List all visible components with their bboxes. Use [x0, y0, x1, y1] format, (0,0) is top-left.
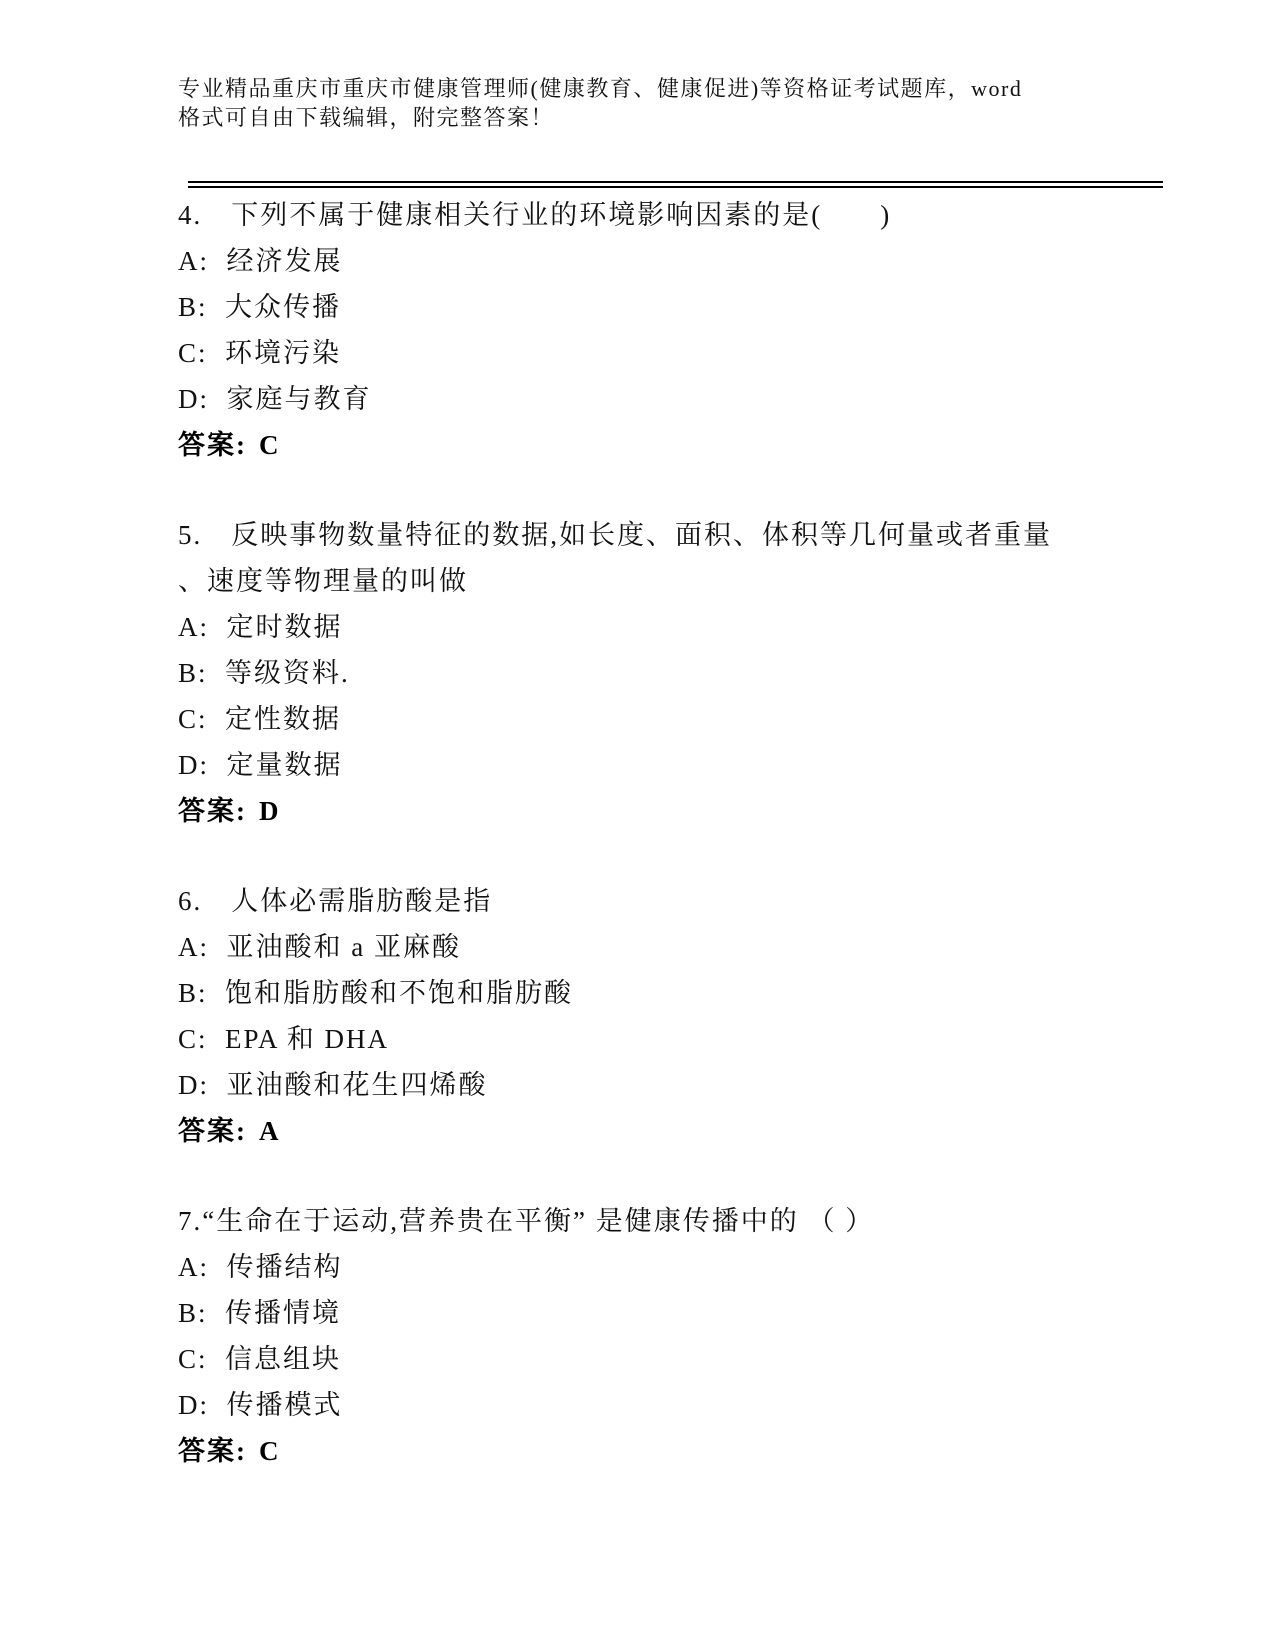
question-7-option-d: D: 传播模式 — [178, 1382, 1175, 1428]
question-4-text: 4. 下列不属于健康相关行业的环境影响因素的是( ) — [178, 192, 1175, 238]
question-6-option-c: C: EPA 和 DHA — [178, 1016, 1175, 1062]
question-4-option-b: B: 大众传播 — [178, 284, 1175, 330]
question-5-option-b: B: 等级资料. — [178, 650, 1175, 696]
question-5-option-a: A: 定时数据 — [178, 604, 1175, 650]
question-6-option-b: B: 饱和脂肪酸和不饱和脂肪酸 — [178, 970, 1175, 1016]
header-note: 专业精品重庆市重庆市健康管理师(健康教育、健康促进)等资格证考试题库，word … — [178, 74, 1175, 132]
question-7-text: 7.“生命在于运动,营养贵在平衡” 是健康传播中的 （ ） — [178, 1198, 1175, 1244]
question-6-option-a: A: 亚油酸和 a 亚麻酸 — [178, 924, 1175, 970]
document-page: 专业精品重庆市重庆市健康管理师(健康教育、健康促进)等资格证考试题库，word … — [0, 0, 1275, 1650]
answer-value: C — [259, 1436, 281, 1466]
question-7-answer-line: 答案:C — [178, 1428, 1175, 1474]
answer-label: 答案: — [178, 796, 247, 826]
answer-value: C — [259, 430, 281, 460]
answer-label: 答案: — [178, 430, 247, 460]
question-4-option-c: C: 环境污染 — [178, 330, 1175, 376]
question-4-option-d: D: 家庭与教育 — [178, 376, 1175, 422]
question-5-option-c: C: 定性数据 — [178, 696, 1175, 742]
question-4-answer-line: 答案:C — [178, 422, 1175, 468]
question-5-text-line-1: 5. 反映事物数量特征的数据,如长度、面积、体积等几何量或者重量 — [178, 512, 1175, 558]
question-5-answer-line: 答案:D — [178, 788, 1175, 834]
question-4: 4. 下列不属于健康相关行业的环境影响因素的是( ) A: 经济发展 B: 大众… — [178, 192, 1175, 468]
header-note-line-2: 格式可自由下载编辑，附完整答案！ — [178, 103, 1175, 132]
question-6: 6. 人体必需脂肪酸是指 A: 亚油酸和 a 亚麻酸 B: 饱和脂肪酸和不饱和脂… — [178, 878, 1175, 1154]
question-7: 7.“生命在于运动,营养贵在平衡” 是健康传播中的 （ ） A: 传播结构 B:… — [178, 1198, 1175, 1474]
question-6-answer-line: 答案:A — [178, 1108, 1175, 1154]
question-5-option-d: D: 定量数据 — [178, 742, 1175, 788]
question-7-option-c: C: 信息组块 — [178, 1336, 1175, 1382]
question-4-option-a: A: 经济发展 — [178, 238, 1175, 284]
answer-label: 答案: — [178, 1116, 247, 1146]
answer-value: A — [259, 1116, 281, 1146]
header-separator-rule — [188, 181, 1163, 188]
question-7-option-b: B: 传播情境 — [178, 1290, 1175, 1336]
question-6-option-d: D: 亚油酸和花生四烯酸 — [178, 1062, 1175, 1108]
question-5: 5. 反映事物数量特征的数据,如长度、面积、体积等几何量或者重量 、速度等物理量… — [178, 512, 1175, 834]
question-6-text: 6. 人体必需脂肪酸是指 — [178, 878, 1175, 924]
header-note-line-1: 专业精品重庆市重庆市健康管理师(健康教育、健康促进)等资格证考试题库，word — [178, 74, 1175, 103]
question-5-text-line-2: 、速度等物理量的叫做 — [178, 558, 1175, 604]
question-7-option-a: A: 传播结构 — [178, 1244, 1175, 1290]
answer-value: D — [259, 796, 281, 826]
answer-label: 答案: — [178, 1436, 247, 1466]
